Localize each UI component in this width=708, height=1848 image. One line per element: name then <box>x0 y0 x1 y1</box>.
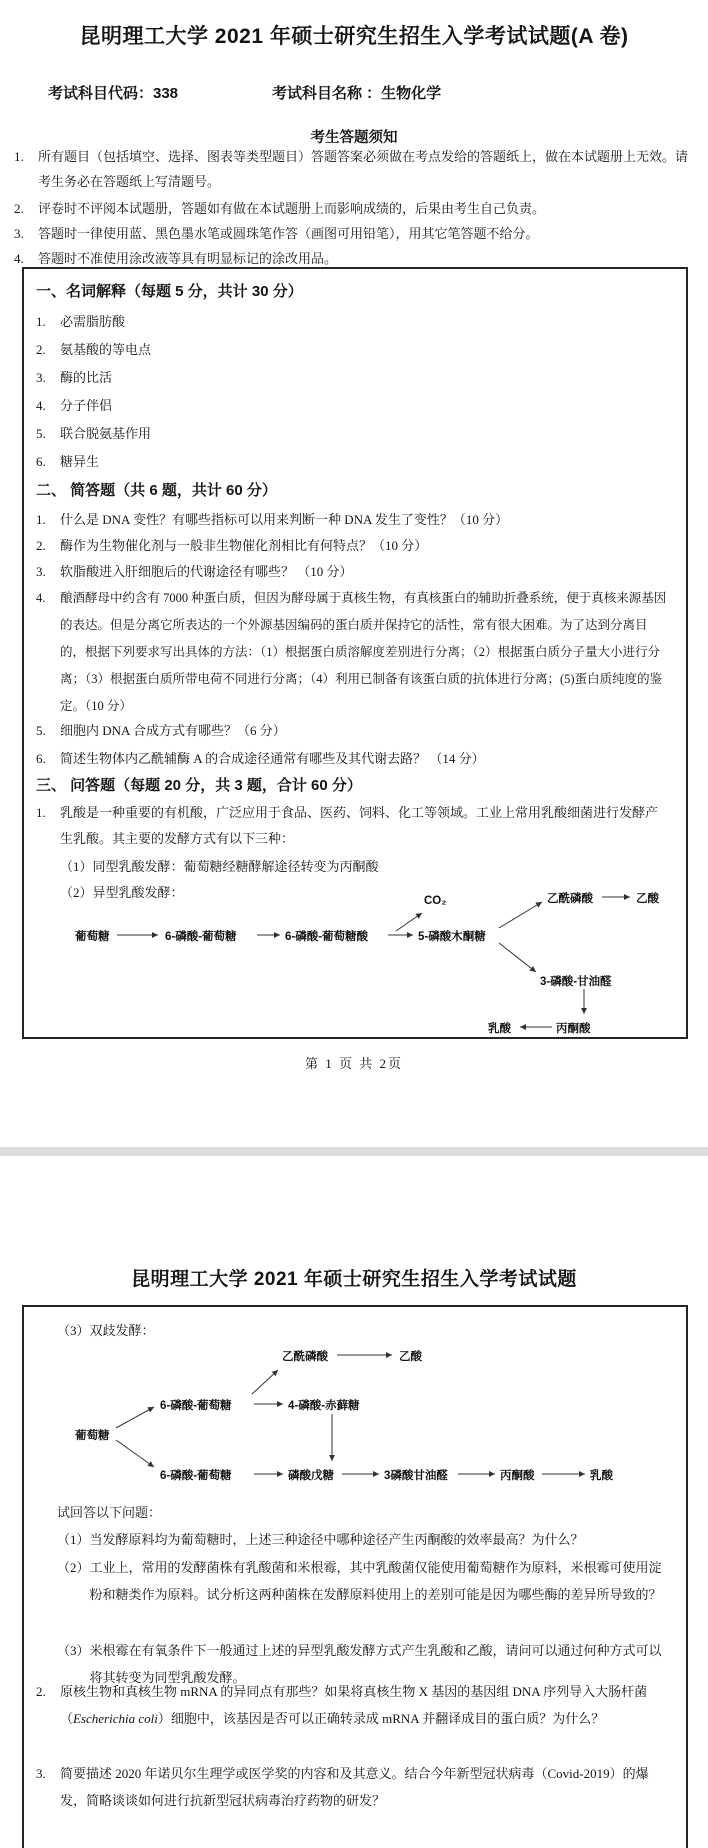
node-erythrose-4-phosphate: 4-磷酸-赤藓糖 <box>288 1397 360 1413</box>
exam-paper-screenshot: { "page1": { "title": "昆明理工大学 2021 年硕士研究… <box>0 0 708 1848</box>
item-number: 5. <box>36 421 60 446</box>
node-glucose-6-phosphate: 6-磷酸-葡萄糖 <box>165 928 237 944</box>
q2-text-post: ）细胞中，该基因是否可以正确转录成 mRNA 并翻译成目的蛋白质？为什么？ <box>158 1711 604 1726</box>
item-number: 2. <box>36 1678 60 1732</box>
item-number: 2. <box>36 533 60 558</box>
item-text: 氨基酸的等电点 <box>60 337 151 362</box>
section2-heading: 二、 简答题（共 6 题，共计 60 分） <box>36 479 277 500</box>
sub-question-text: 当发酵原料均为葡萄糖时，上述三种途径中哪种途径产生丙酮酸的效率最高？为什么？ <box>90 1526 584 1553</box>
arrow-x5p-to-acetylphosphate <box>499 902 542 928</box>
item-text: 联合脱氨基作用 <box>60 421 151 446</box>
section3-heading: 三、 问答题（每题 20 分，共 3 题，合计 60 分） <box>36 774 362 795</box>
short-answer-item: 5. 细胞内 DNA 合成方式有哪些？（6 分） <box>36 718 670 743</box>
page-number-footer: 第 1 页 共 2页 <box>0 1053 708 1072</box>
node-acetyl-phosphate: 乙酰磷酸 <box>547 890 593 906</box>
notice-item: 3. 答题时一律使用蓝、黑色墨水笔或圆珠笔作答（画图可用铅笔），用其它笔答题不给… <box>14 221 690 246</box>
subject-code: 考试科目代码：338 <box>48 82 178 103</box>
item-number: 5. <box>36 718 60 743</box>
node-lactate: 乳酸 <box>488 1020 511 1036</box>
arrow-x5p-to-g3p <box>499 943 536 972</box>
node-6-phosphogluconate: 6-磷酸-葡萄糖酸 <box>285 928 368 944</box>
essay-q1-sub1: （1）同型乳酸发酵：葡萄糖经糖酵解途径转变为丙酮酸 <box>60 854 379 879</box>
exam-page-2: 昆明理工大学 2021 年硕士研究生招生入学考试试题 （3）双歧发酵： <box>0 1156 708 1848</box>
node-lactate: 乳酸 <box>590 1467 613 1483</box>
item-text: 什么是 DNA 变性？有哪些指标可以用来判断一种 DNA 发生了变性？（10 分… <box>60 507 508 532</box>
node-acetate: 乙酸 <box>636 890 659 906</box>
item-number: 1. <box>36 507 60 532</box>
item-number: 1. <box>36 800 60 852</box>
node-co2: CO₂ <box>424 895 446 907</box>
item-number: 2. <box>36 337 60 362</box>
term-item: 3. 酶的比活 <box>36 365 666 390</box>
arrow-glucose-to-lower-g6p <box>116 1440 154 1467</box>
sub-question-1: （1） 当发酵原料均为葡萄糖时，上述三种途径中哪种途径产生丙酮酸的效率最高？为什… <box>57 1526 673 1553</box>
node-glucose: 葡萄糖 <box>75 1427 110 1443</box>
short-answer-item: 2. 酶作为生物催化剂与一般非生物催化剂相比有何特点？（10 分） <box>36 533 670 558</box>
notice-item-number: 1. <box>14 144 38 194</box>
q2-species-name: Escherichia coli <box>73 1711 158 1726</box>
sub-question-marker: （1） <box>57 1526 90 1553</box>
item-text: 酶作为生物催化剂与一般非生物催化剂相比有何特点？（10 分） <box>60 533 427 558</box>
term-item: 6. 糖异生 <box>36 449 666 474</box>
item-text: 酿酒酵母中约含有 7000 种蛋白质，但因为酵母属于真核生物，有真核蛋白的辅助折… <box>60 585 670 720</box>
item-number: 1. <box>36 309 60 334</box>
essay-question-1: 1. 乳酸是一种重要的有机酸，广泛应用于食品、医药、饲料、化工等领域。工业上常用… <box>36 800 670 852</box>
notice-item-text: 答题时一律使用蓝、黑色墨水笔或圆珠笔作答（画图可用铅笔），用其它笔答题不给分。 <box>38 221 539 246</box>
item-text: 必需脂肪酸 <box>60 309 125 334</box>
item-text: 软脂酸进入肝细胞后的代谢途径有哪些？ （10 分） <box>60 559 353 584</box>
notice-item-text: 评卷时不评阅本试题册，答题如有做在本试题册上而影响成绩的，后果由考生自己负责。 <box>38 196 545 221</box>
item-text: 乳酸是一种重要的有机酸，广泛应用于食品、医药、饲料、化工等领域。工业上常用乳酸细… <box>60 800 670 852</box>
fermentation-diagram-2: 乙酰磷酸 乙酸 6-磷酸-葡萄糖 4-磷酸-赤藓糖 葡萄糖 6-磷酸-葡萄糖 磷… <box>24 1340 686 1490</box>
essay-q3-text: 简要描述 2020 年诺贝尔生理学或医学奖的内容和及其意义。结合今年新型冠状病毒… <box>60 1760 672 1814</box>
item-number: 4. <box>36 393 60 418</box>
node-glucose-6-phosphate-lower: 6-磷酸-葡萄糖 <box>160 1467 232 1483</box>
notice-item: 1. 所有题目（包括填空、选择、图表等类型题目）答题答案必须做在考点发给的答题纸… <box>14 144 690 194</box>
arrow-g6p-to-acetylphosphate <box>252 1370 278 1394</box>
page1-title: 昆明理工大学 2021 年硕士研究生招生入学考试试题(A 卷) <box>0 20 708 50</box>
short-answer-item: 4. 酿酒酵母中约含有 7000 种蛋白质，但因为酵母属于真核生物，有真核蛋白的… <box>36 585 670 720</box>
node-pyruvate: 丙酮酸 <box>556 1020 591 1036</box>
diagram2-arrows <box>24 1340 686 1490</box>
notice-item: 2. 评卷时不评阅本试题册，答题如有做在本试题册上而影响成绩的，后果由考生自己负… <box>14 196 690 221</box>
short-answer-item: 1. 什么是 DNA 变性？有哪些指标可以用来判断一种 DNA 发生了变性？（1… <box>36 507 670 532</box>
term-item: 5. 联合脱氨基作用 <box>36 421 666 446</box>
item-text: 细胞内 DNA 合成方式有哪些？（6 分） <box>60 718 286 743</box>
sub-question-2: （2） 工业上，常用的发酵菌株有乳酸菌和米根霉，其中乳酸菌仅能使用葡萄糖作为原料… <box>57 1554 673 1608</box>
term-item: 1. 必需脂肪酸 <box>36 309 666 334</box>
sub-question-marker: （2） <box>57 1554 90 1608</box>
notice-item-number: 2. <box>14 196 38 221</box>
short-answer-item: 6. 简述生物体内乙酰辅酶 A 的合成途径通常有哪些及其代谢去路？ （14 分） <box>36 746 670 771</box>
item-text: 分子伴侣 <box>60 393 112 418</box>
subject-name: 考试科目名称 ：生物化学 <box>272 82 441 103</box>
questions-box-page2: （3）双歧发酵： 乙酰磷酸 乙酸 <box>22 1305 688 1848</box>
sub-question-text: 工业上，常用的发酵菌株有乳酸菌和米根霉，其中乳酸菌仅能使用葡萄糖作为原料，米根霉… <box>90 1554 673 1608</box>
page-separator-band <box>0 1147 708 1156</box>
node-pyruvate: 丙酮酸 <box>500 1467 535 1483</box>
node-glyceraldehyde-3-phosphate: 3磷酸甘油醛 <box>384 1467 448 1483</box>
section1-heading: 一、名词解释（每题 5 分，共计 30 分） <box>36 280 303 301</box>
exam-page-1: 昆明理工大学 2021 年硕士研究生招生入学考试试题(A 卷) 考试科目代码：3… <box>0 0 708 1147</box>
node-acetate: 乙酸 <box>399 1348 422 1364</box>
questions-box-page1: 一、名词解释（每题 5 分，共计 30 分） 1. 必需脂肪酸 2. 氨基酸的等… <box>22 267 688 1039</box>
answer-prompt: 试回答以下问题： <box>57 1500 161 1525</box>
essay-question-2: 2. 原核生物和真核生物 mRNA 的异同点有那些？如果将真核生物 X 基因的基… <box>36 1678 672 1732</box>
item-number: 3. <box>36 1760 60 1814</box>
essay-question-3: 3. 简要描述 2020 年诺贝尔生理学或医学奖的内容和及其意义。结合今年新型冠… <box>36 1760 672 1814</box>
item-text: 酶的比活 <box>60 365 112 390</box>
item-number: 6. <box>36 746 60 771</box>
item-text: 简述生物体内乙酰辅酶 A 的合成途径通常有哪些及其代谢去路？ （14 分） <box>60 746 485 771</box>
fermentation-diagram-1: 葡萄糖 6-磷酸-葡萄糖 6-磷酸-葡萄糖酸 5-磷酸木酮糖 CO₂ 乙酰磷酸 … <box>24 881 686 1037</box>
page2-title: 昆明理工大学 2021 年硕士研究生招生入学考试试题 <box>0 1264 708 1291</box>
node-pentose-phosphate: 磷酸戊糖 <box>288 1467 334 1483</box>
node-xylulose-5-phosphate: 5-磷酸木酮糖 <box>418 928 486 944</box>
term-item: 2. 氨基酸的等电点 <box>36 337 666 362</box>
node-glucose: 葡萄糖 <box>75 928 110 944</box>
arrow-glucose-to-upper-g6p <box>116 1407 154 1428</box>
short-answer-item: 3. 软脂酸进入肝细胞后的代谢途径有哪些？ （10 分） <box>36 559 670 584</box>
term-item: 4. 分子伴侣 <box>36 393 666 418</box>
notice-item-text: 所有题目（包括填空、选择、图表等类型题目）答题答案必须做在考点发给的答题纸上，做… <box>38 144 690 194</box>
item-number: 4. <box>36 585 60 720</box>
essay-q2-text: 原核生物和真核生物 mRNA 的异同点有那些？如果将真核生物 X 基因的基因组 … <box>60 1678 672 1732</box>
item-number: 3. <box>36 559 60 584</box>
item-number: 6. <box>36 449 60 474</box>
node-glyceraldehyde-3-phosphate: 3-磷酸-甘油醛 <box>540 973 612 989</box>
item-text: 糖异生 <box>60 449 99 474</box>
node-glucose-6-phosphate-upper: 6-磷酸-葡萄糖 <box>160 1397 232 1413</box>
node-acetyl-phosphate: 乙酰磷酸 <box>282 1348 328 1364</box>
item-number: 3. <box>36 365 60 390</box>
notice-item-number: 3. <box>14 221 38 246</box>
